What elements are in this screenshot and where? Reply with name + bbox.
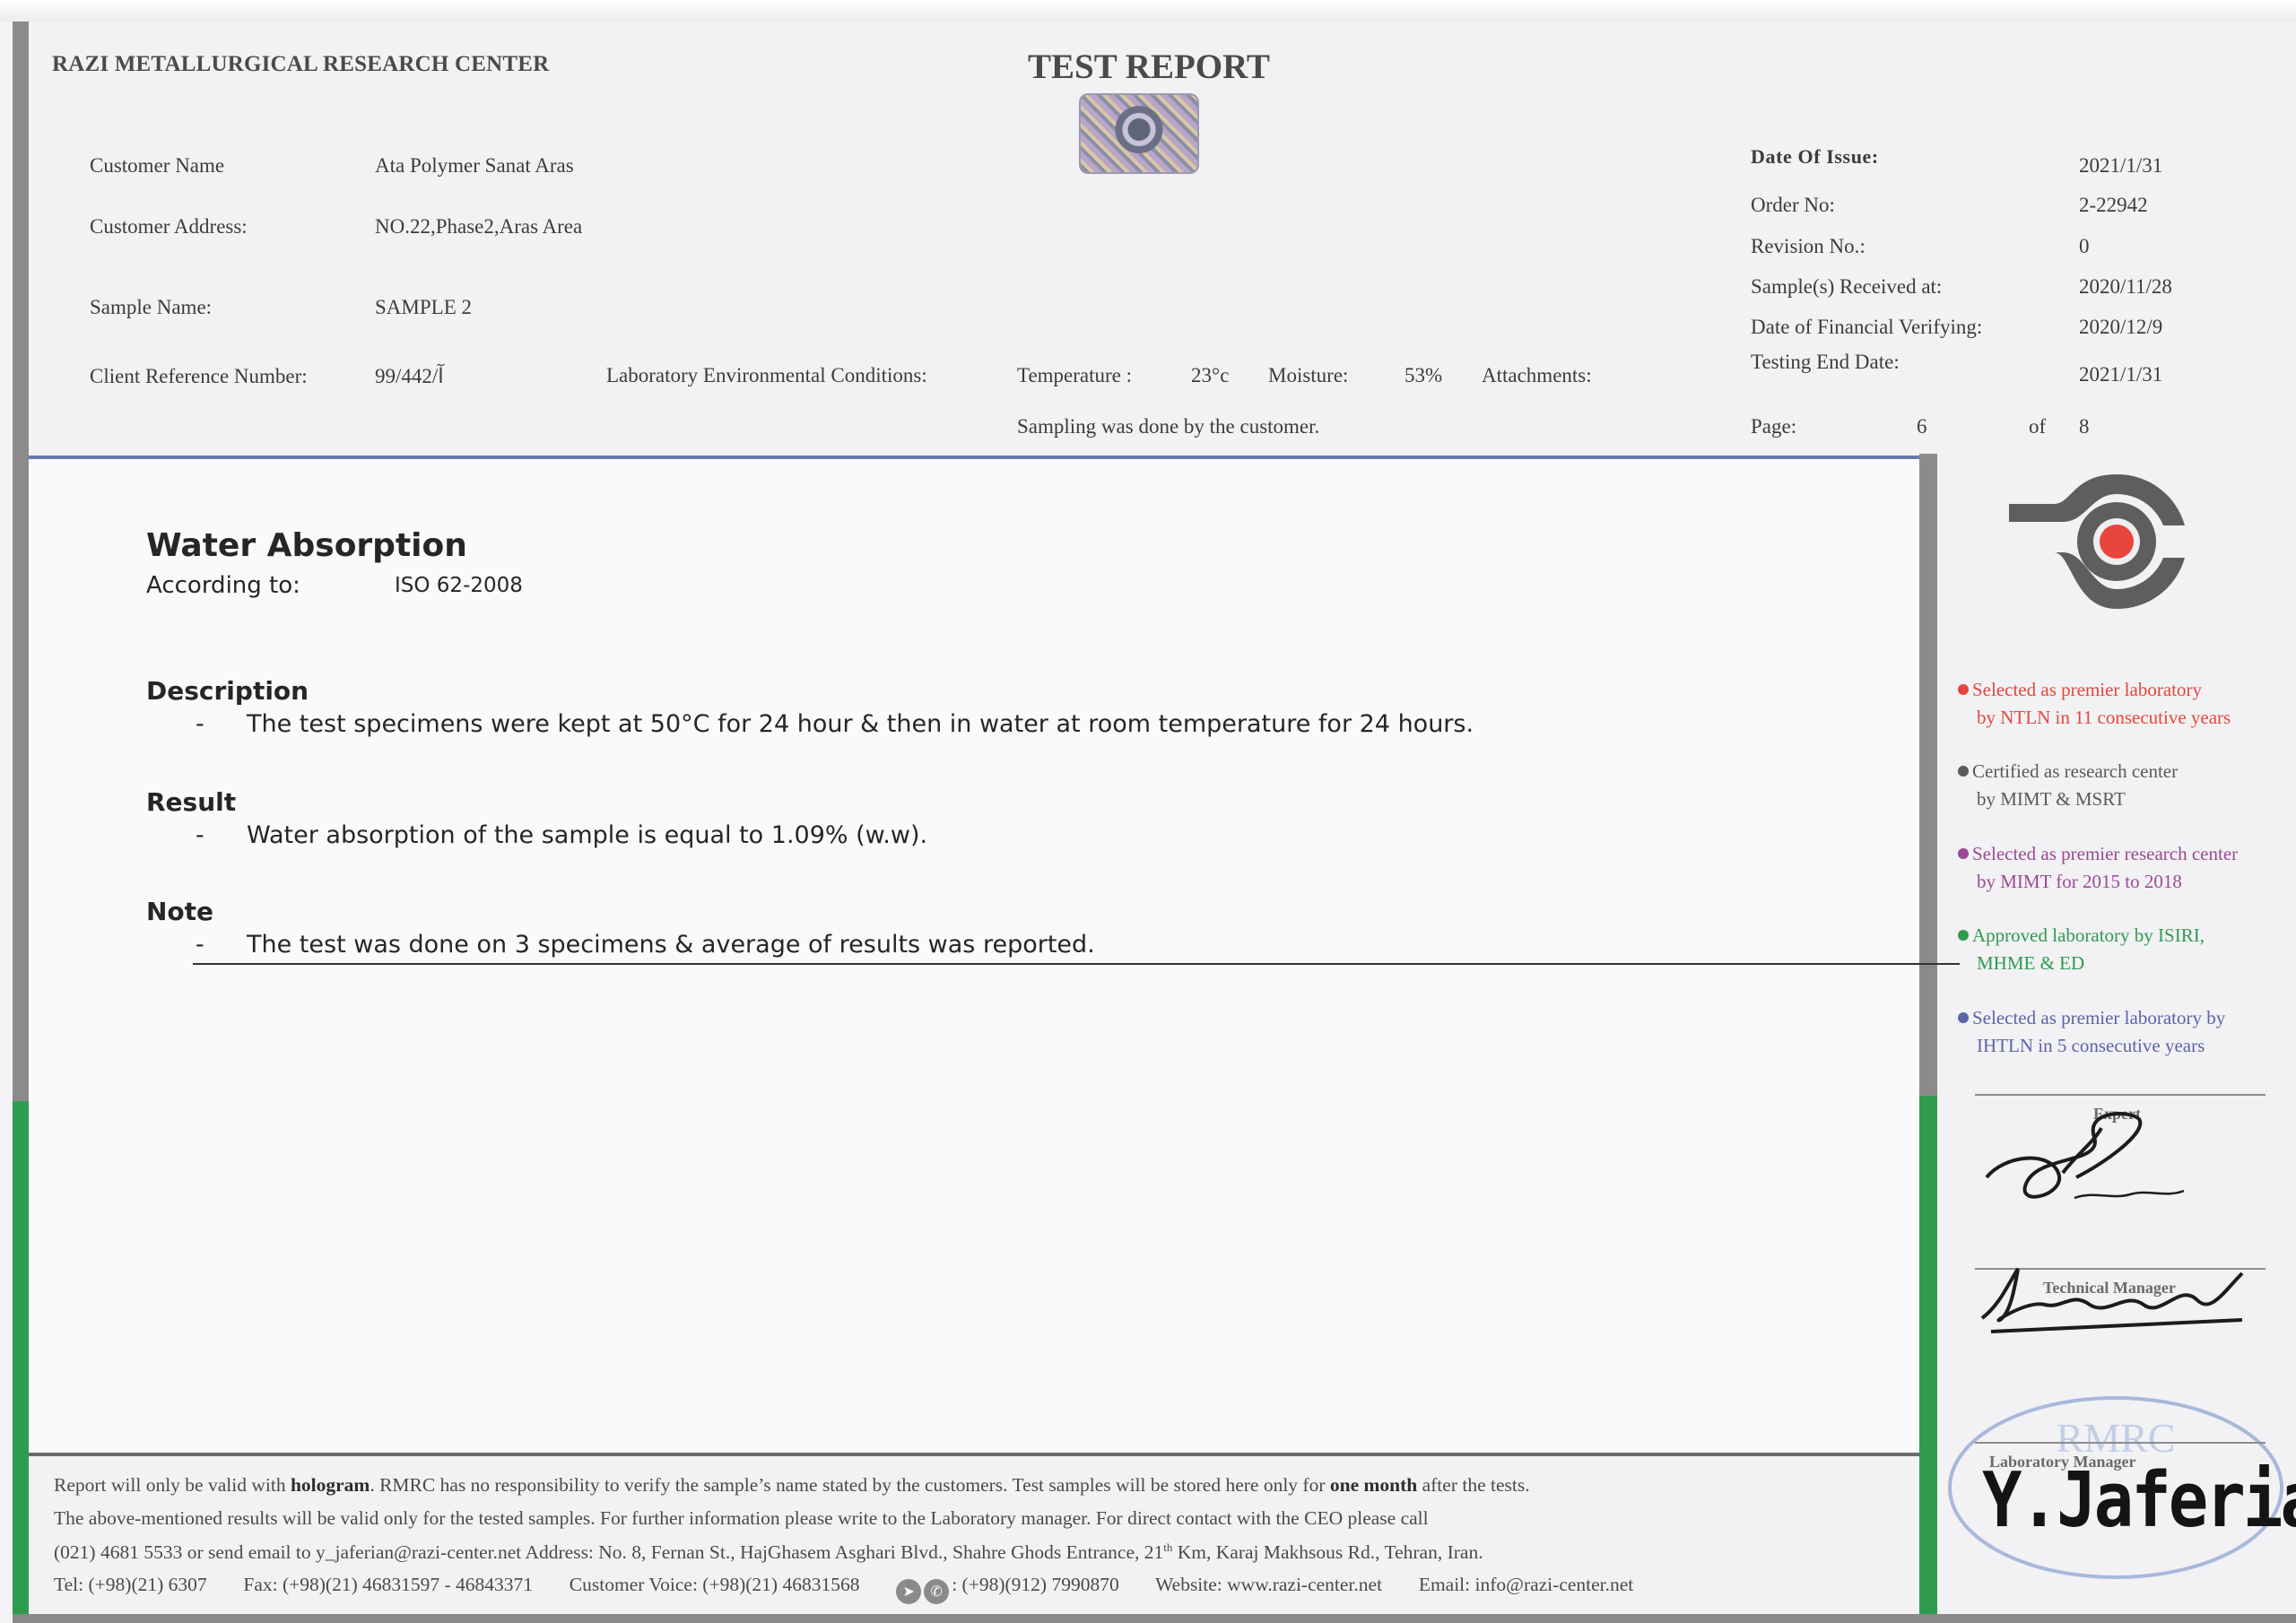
attachments-label: Attachments: xyxy=(1482,364,1592,387)
received-value: 2020/11/28 xyxy=(2079,275,2172,299)
received-label: Sample(s) Received at: xyxy=(1751,275,1942,299)
footer-fax: Fax: (+98)(21) 46831597 - 46843371 xyxy=(243,1574,533,1595)
lab-manager-signature: Y.Jaferian xyxy=(1982,1456,2296,1545)
signature-divider xyxy=(1975,1442,2266,1444)
footer-website[interactable]: Website: www.razi-center.net xyxy=(1155,1574,1382,1595)
scan-top-edge xyxy=(0,0,2296,22)
footer-separator xyxy=(29,1453,1919,1456)
award-line1: Certified as research center xyxy=(1972,760,2178,782)
award-line1: Approved laboratory by ISIRI, xyxy=(1972,924,2205,946)
organization-name: RAZI METALLURGICAL RESEARCH CENTER xyxy=(52,52,549,77)
result-heading: Result xyxy=(146,787,236,817)
according-to-label: According to: xyxy=(146,572,300,599)
sample-name-value: SAMPLE 2 xyxy=(375,296,472,319)
customer-name-value: Ata Polymer Sanat Aras xyxy=(375,154,574,178)
test-title: Water Absorption xyxy=(146,527,467,564)
award-item: Selected as premier laboratory by NTLN i… xyxy=(1958,676,2231,732)
award-line2: by MIMT for 2015 to 2018 xyxy=(1958,868,2238,896)
order-no-label: Order No: xyxy=(1751,194,1835,217)
award-line1: Selected as premier laboratory xyxy=(1972,679,2202,700)
page-of: of xyxy=(2029,415,2046,438)
date-of-issue-value: 2021/1/31 xyxy=(2079,154,2162,178)
right-gray-bar xyxy=(1919,454,1937,1096)
scan-bottom-edge xyxy=(13,1614,2296,1623)
footer-line-3: (021) 4681 5533 or send email to y_jafer… xyxy=(54,1541,1483,1564)
result-item: Water absorption of the sample is equal … xyxy=(247,821,927,849)
award-line2: by NTLN in 11 consecutive years xyxy=(1958,704,2231,732)
revision-label: Revision No.: xyxy=(1751,235,1865,258)
award-line2: by MIMT & MSRT xyxy=(1958,785,2178,813)
right-green-bar xyxy=(1919,1096,1937,1616)
customer-address-label: Customer Address: xyxy=(90,215,248,239)
footer-mobile: : (+98)(912) 7990870 xyxy=(952,1574,1119,1595)
technical-manager-signature-icon xyxy=(1973,1264,2260,1336)
award-item: Certified as research center by MIMT & M… xyxy=(1958,758,2178,813)
lab-conditions-label: Laboratory Environmental Conditions: xyxy=(606,364,927,387)
temperature-value: 23°c xyxy=(1191,364,1229,387)
telegram-icon: ➤ xyxy=(896,1579,921,1604)
testing-end-value: 2021/1/31 xyxy=(2079,363,2162,386)
award-line2: MHME & ED xyxy=(1958,950,2205,977)
bullet-dot-icon xyxy=(1958,848,1969,859)
left-gray-bar xyxy=(13,22,29,1101)
moisture-value: 53% xyxy=(1405,364,1442,387)
date-of-issue-label: Date Of Issue: xyxy=(1751,145,1879,169)
bullet-dot-icon xyxy=(1958,930,1969,941)
hologram-seal-icon xyxy=(1079,93,1199,174)
footer-customer-voice: Customer Voice: (+98)(21) 46831568 xyxy=(570,1574,860,1595)
bullet-dash: - xyxy=(196,931,204,959)
page-label: Page: xyxy=(1751,415,1796,438)
financial-verifying-value: 2020/12/9 xyxy=(2079,316,2162,339)
customer-address-value: NO.22,Phase2,Aras Area xyxy=(375,215,582,239)
description-heading: Description xyxy=(146,676,309,706)
whatsapp-icon: ✆ xyxy=(924,1579,949,1604)
report-title: TEST REPORT xyxy=(1028,47,1270,87)
signature-divider xyxy=(1975,1094,2266,1096)
left-green-bar xyxy=(13,1101,29,1623)
page-total: 8 xyxy=(2079,415,2090,438)
page-current: 6 xyxy=(1917,415,1927,438)
note-heading: Note xyxy=(146,897,213,926)
financial-verifying-label: Date of Financial Verifying: xyxy=(1751,316,1982,339)
award-item: Selected as premier research center by M… xyxy=(1958,840,2238,896)
sample-name-label: Sample Name: xyxy=(90,296,212,319)
footer-contacts: Tel: (+98)(21) 6307 Fax: (+98)(21) 46831… xyxy=(54,1574,1633,1604)
bullet-dot-icon xyxy=(1958,1012,1969,1023)
moisture-label: Moisture: xyxy=(1268,364,1348,387)
bullet-dash: - xyxy=(196,710,204,738)
award-line2: IHTLN in 5 consecutive years xyxy=(1958,1032,2225,1060)
award-item: Selected as premier laboratory by IHTLN … xyxy=(1958,1004,2225,1060)
expert-signature-icon xyxy=(1978,1101,2229,1218)
client-reference-label: Client Reference Number: xyxy=(90,365,308,388)
footer-line-2: The above-mentioned results will be vali… xyxy=(54,1507,1429,1530)
footer-email[interactable]: Email: info@razi-center.net xyxy=(1419,1574,1633,1595)
description-item: The test specimens were kept at 50°C for… xyxy=(247,710,1474,738)
customer-name-label: Customer Name xyxy=(90,154,224,178)
note-underline xyxy=(193,963,1960,965)
award-item: Approved laboratory by ISIRI, MHME & ED xyxy=(1958,922,2205,977)
award-line1: Selected as premier laboratory by xyxy=(1972,1007,2225,1028)
order-no-value: 2-22942 xyxy=(2079,194,2148,217)
bullet-dash: - xyxy=(196,821,204,849)
test-standard: ISO 62-2008 xyxy=(395,574,523,597)
bullet-dot-icon xyxy=(1958,766,1969,777)
note-item: The test was done on 3 specimens & avera… xyxy=(247,931,1095,959)
testing-end-label: Testing End Date: xyxy=(1751,351,1900,374)
rmrc-logo-icon xyxy=(2009,452,2224,631)
bullet-dot-icon xyxy=(1958,684,1969,695)
footer-tel: Tel: (+98)(21) 6307 xyxy=(54,1574,207,1595)
temperature-label: Temperature : xyxy=(1017,364,1132,387)
award-line1: Selected as premier research center xyxy=(1972,843,2238,864)
footer-line-1: Report will only be valid with hologram.… xyxy=(54,1474,1530,1497)
client-reference-value: 99/آ/442 xyxy=(375,365,444,388)
sampling-note: Sampling was done by the customer. xyxy=(1017,415,1319,438)
revision-value: 0 xyxy=(2079,235,2090,258)
